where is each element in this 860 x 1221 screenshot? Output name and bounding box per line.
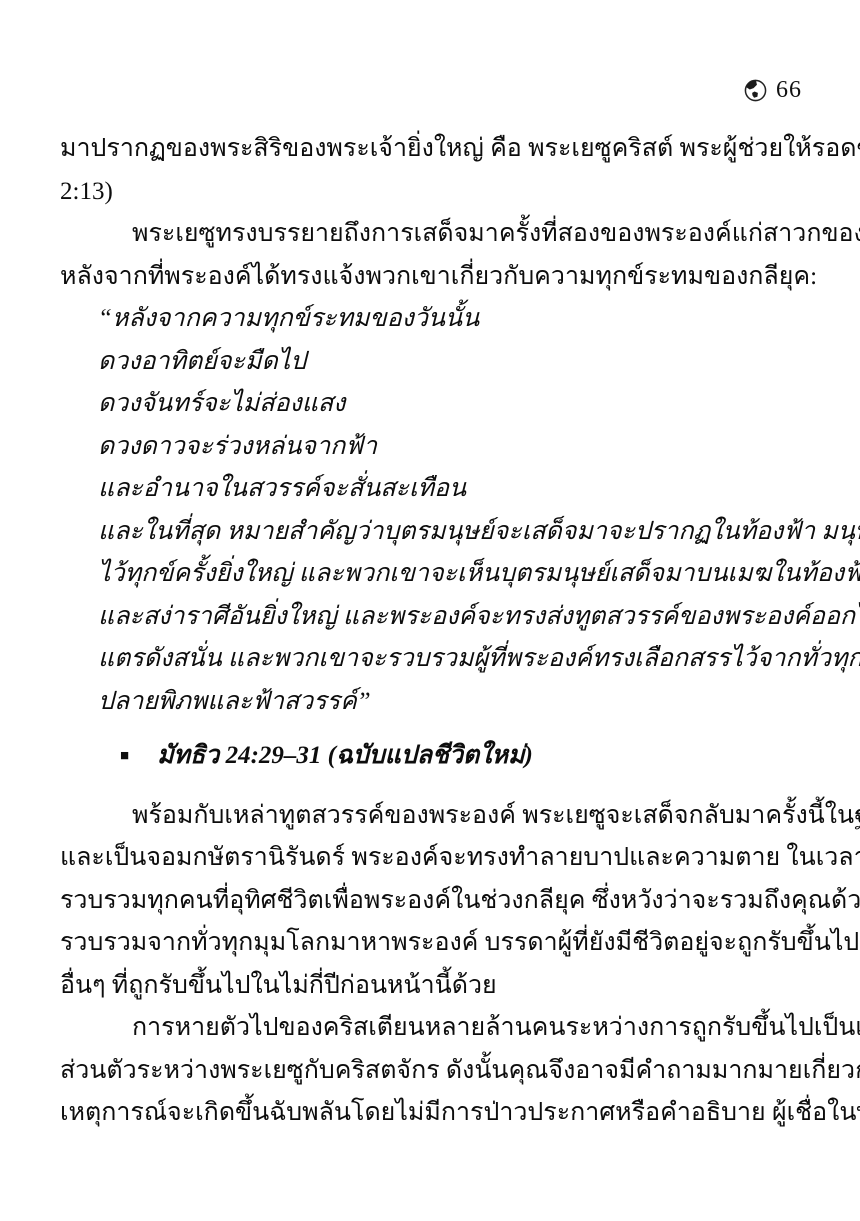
paragraph-continuation: มาปรากฏของพระสิริของพระเจ้ายิ่งใหญ่ คือ … [60,128,802,213]
text-line: พร้อมกับเหล่าทูตสวรรค์ของพระองค์ พระเยซู… [60,795,802,838]
quote-line: ดวงดาวจะร่วงหล่นจากฟ้า [98,426,802,469]
text-line: หลังจากที่พระองค์ได้ทรงแจ้งพวกเขาเกี่ยวก… [60,256,802,299]
paragraph-return-as-king: พร้อมกับเหล่าทูตสวรรค์ของพระองค์ พระเยซู… [60,795,802,1008]
page-number: 66 [776,78,802,102]
paragraph-rapture-event: การหายตัวไปของคริสเตียนหลายล้านคนระหว่าง… [60,1007,802,1135]
text-line: เหตุการณ์จะเกิดขึ้นฉับพลันโดยไม่มีการป่า… [60,1092,802,1135]
text-line: พระเยซูทรงบรรยายถึงการเสด็จมาครั้งที่สอง… [60,213,802,256]
quote-line: “หลังจากความทุกข์ระทมของวันนั้น [98,298,802,341]
paragraph-second-coming: พระเยซูทรงบรรยายถึงการเสด็จมาครั้งที่สอง… [60,213,802,298]
text-line: รวบรวมทุกคนที่อุทิศชีวิตเพื่อพระองค์ในช่… [60,880,802,923]
scripture-quote: “หลังจากความทุกข์ระทมของวันนั้น ดวงอาทิต… [98,298,802,723]
quote-line: ปลายพิภพและฟ้าสวรรค์” [98,681,802,724]
text-line: รวบรวมจากทั่วทุกมุมโลกมาหาพระองค์ บรรดาผ… [60,922,802,965]
globe-icon [744,79,767,102]
text-line: อื่นๆ ที่ถูกรับขึ้นไปในไม่กี่ปีก่อนหน้าน… [60,965,802,1008]
text-line: มาปรากฏของพระสิริของพระเจ้ายิ่งใหญ่ คือ … [60,128,802,171]
book-page: 66 มาปรากฏของพระสิริของพระเจ้ายิ่งใหญ่ ค… [0,0,860,1221]
quote-line: ดวงจันทร์จะไม่ส่องแสง [98,383,802,426]
text-line: ส่วนตัวระหว่างพระเยซูกับคริสตจักร ดังนั้… [60,1050,802,1093]
quote-line: และอำนาจในสวรรค์จะสั่นสะเทือน [98,468,802,511]
square-bullet-icon: ■ [120,735,129,778]
quote-line: และในที่สุด หมายสำคัญว่าบุตรมนุษย์จะเสด็… [98,511,802,554]
text-line: การหายตัวไปของคริสเตียนหลายล้านคนระหว่าง… [60,1007,802,1050]
quote-line: ไว้ทุกข์ครั้งยิ่งใหญ่ และพวกเขาจะเห็นบุต… [98,553,802,596]
quote-line: ดวงอาทิตย์จะมืดไป [98,341,802,384]
quote-line: แตรดังสนั่น และพวกเขาจะรวบรวมผู้ที่พระอง… [98,638,802,681]
text-line: และเป็นจอมกษัตรานิรันดร์ พระองค์จะทรงทำล… [60,837,802,880]
text-line: 2:13) [60,171,802,214]
scripture-reference-label: มัทธิว 24:29–31 (ฉบับแปลชีวิตใหม่) [157,735,533,778]
page-header: 66 [744,78,802,102]
scripture-reference: ■ มัทธิว 24:29–31 (ฉบับแปลชีวิตใหม่) [60,735,802,781]
text-column: มาปรากฏของพระสิริของพระเจ้ายิ่งใหญ่ คือ … [60,128,802,1135]
quote-line: และสง่าราศีอันยิ่งใหญ่ และพระองค์จะทรงส่… [98,596,802,639]
